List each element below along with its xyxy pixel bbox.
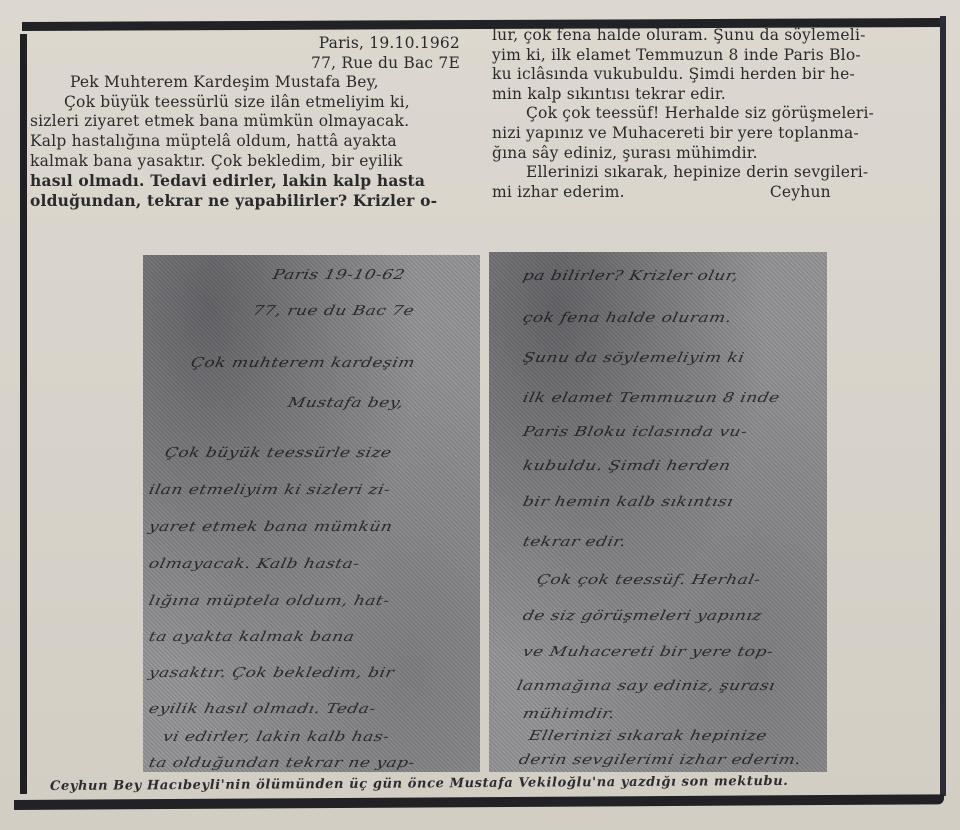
- handwritten-line: Çok çok teessüf. Herhal-: [535, 572, 762, 588]
- handwritten-line: lanmağına say ediniz, şurası: [515, 678, 776, 694]
- handwritten-line: eyilik hasıl olmadı. Teda-: [147, 701, 377, 717]
- newspaper-page: Paris, 19.10.1962 77, Rue du Bac 7E Pek …: [0, 0, 960, 830]
- letter-line: yim ki, ilk elamet Temmuzun 8 inde Paris…: [492, 46, 932, 66]
- handwritten-line: Çok muhterem kardeşim: [189, 355, 416, 371]
- letter-line: kalmak bana yasaktır. Çok bekledim, bir …: [30, 152, 468, 172]
- frame-border-right: [940, 16, 946, 796]
- handwritten-line: derin sevgilerimi izhar ederim.: [517, 752, 803, 768]
- handwritten-line: bir hemin kalb sıkıntısı: [521, 494, 735, 510]
- handwritten-line: olmayacak. Kalb hasta-: [147, 556, 361, 572]
- handwritten-line: lığına müptela oldum, hat-: [147, 593, 391, 609]
- letter-line: Çok büyük teessürlü size ilân etmeliyim …: [30, 93, 468, 113]
- letter-signature: Ceyhun: [770, 183, 831, 203]
- handwritten-line: pa bilirler? Krizler olur,: [521, 268, 740, 284]
- handwritten-line: ilan etmeliyim ki sizleri zi-: [147, 482, 392, 498]
- letter-line: Ellerinizi sıkarak, hepinize derin sevgi…: [492, 163, 932, 183]
- photo-caption: Ceyhun Bey Hacıbeyli'nin ölümünden üç gü…: [50, 773, 910, 794]
- letter-column-left: Paris, 19.10.1962 77, Rue du Bac 7E Pek …: [30, 34, 468, 210]
- handwritten-page-1-photo: Paris 19-10-62 77, rue du Bac 7e Çok muh…: [143, 255, 480, 772]
- letter-line: Çok çok teessüf! Herhalde siz görüşmeler…: [492, 104, 932, 124]
- handwritten-line: ta olduğundan tekrar ne yap-: [147, 755, 416, 771]
- letter-line: ku iclâsında vukubuldu. Şimdi herden bir…: [492, 65, 932, 85]
- handwritten-line: Şunu da söylemeliyim ki: [521, 350, 746, 366]
- letter-line: hasıl olmadı. Tedavi edirler, lakin kalp…: [30, 171, 468, 191]
- handwritten-line: kubuldu. Şimdi herden: [521, 458, 732, 474]
- letter-salutation: Pek Muhterem Kardeşim Mustafa Bey,: [30, 73, 468, 93]
- handwritten-line: tekrar edir.: [521, 534, 627, 550]
- letter-address: 77, Rue du Bac 7E: [30, 54, 468, 74]
- letter-column-right: lur, çok fena halde oluram. Şunu da söyl…: [492, 26, 932, 202]
- letter-line: lur, çok fena halde oluram. Şunu da söyl…: [492, 26, 932, 46]
- handwritten-page-2-photo: pa bilirler? Krizler olur, çok fena hald…: [489, 252, 827, 772]
- letter-line: Kalp hastalığına müptelâ oldum, hattâ ay…: [30, 132, 468, 152]
- frame-border-bottom: [14, 794, 944, 810]
- letter-line: min kalp sıkıntısı tekrar edir.: [492, 85, 932, 105]
- letter-line: sizleri ziyaret etmek bana mümkün olmaya…: [30, 112, 468, 132]
- handwritten-line: yaret etmek bana mümkün: [147, 519, 394, 535]
- handwritten-line: Ellerinizi sıkarak hepinize: [527, 728, 768, 744]
- handwritten-line: vi edirler, lakin kalb has-: [161, 729, 391, 745]
- letter-line: nizi yapınız ve Muhacereti bir yere topl…: [492, 124, 932, 144]
- letter-line: olduğundan, tekrar ne yapabilirler? Kriz…: [30, 191, 468, 211]
- handwritten-line: mühimdir.: [521, 706, 616, 722]
- handwritten-line: de siz görüşmeleri yapınız: [521, 608, 763, 624]
- frame-border-left: [20, 34, 27, 794]
- handwritten-line: ve Muhacereti bir yere top-: [521, 644, 775, 660]
- handwritten-line: Mustafa bey,: [286, 395, 405, 411]
- handwritten-line: ilk elamet Temmuzun 8 inde: [521, 390, 781, 406]
- handwritten-line: çok fena halde oluram.: [521, 310, 733, 326]
- handwritten-line: 77, rue du Bac 7e: [251, 303, 416, 319]
- letter-dateline: Paris, 19.10.1962: [30, 34, 468, 54]
- handwritten-line: yasaktır. Çok bekledim, bir: [147, 665, 396, 681]
- letter-closing-row: mi izhar ederim. Ceyhun: [492, 183, 932, 203]
- handwritten-line: ta ayakta kalmak bana: [147, 629, 356, 645]
- letter-line: ğına sây ediniz, şurası mühimdir.: [492, 144, 932, 164]
- handwritten-line: Paris 19-10-62: [271, 267, 406, 283]
- handwritten-line: Çok büyük teessürle size: [163, 445, 393, 461]
- handwritten-line: Paris Bloku iclasında vu-: [521, 424, 749, 440]
- letter-line: mi izhar ederim.: [492, 183, 625, 201]
